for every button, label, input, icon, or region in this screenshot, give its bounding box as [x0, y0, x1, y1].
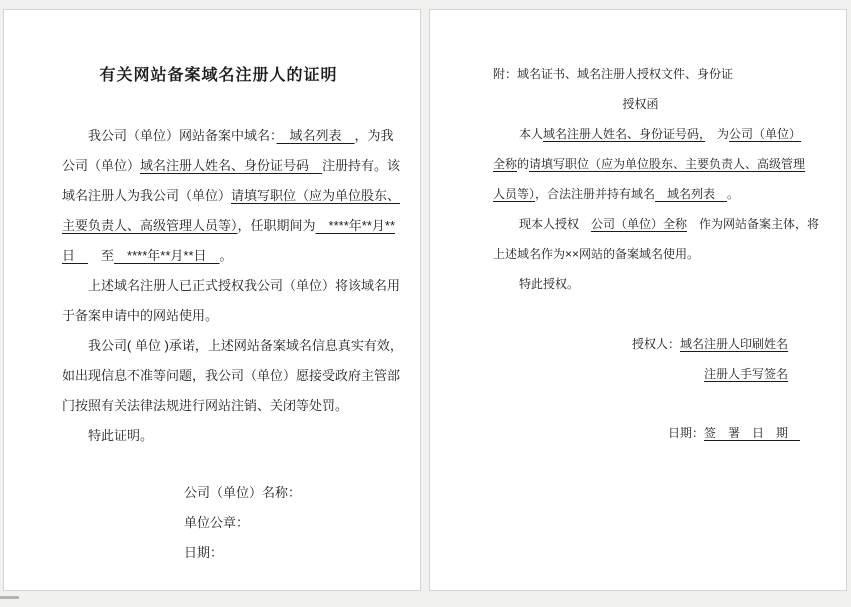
text-segment: 日期： [668, 426, 704, 440]
document-workspace: 有关网站备案域名注册人的证明我公司（单位）网站备案中域名： 域名列表 ，为我公司… [0, 0, 851, 607]
attachment-note: 附：域名证书、域名注册人授权文件、身份证 [493, 59, 788, 89]
text-segment: 上述域名注册人已正式授权我公司（单位）将该域名用 [88, 278, 400, 293]
text-segment: 公司（单位） [62, 158, 140, 173]
text-line: 于备案申请中的网站使用。 [62, 301, 375, 331]
fill-in-field: 人员等） [493, 187, 535, 201]
text-segment: 。 [727, 187, 739, 201]
text-segment: 域名注册人为我公司（单位） [62, 188, 231, 203]
authorization-page: 附：域名证书、域名注册人授权文件、身份证授权函本人域名注册人姓名、身份证号码， … [429, 9, 847, 591]
letter-title: 授权函 [493, 89, 788, 119]
text-line: 公司（单位）域名注册人姓名、身份证号码 注册持有。该 [62, 151, 375, 181]
text-segment: 附：域名证书、域名注册人授权文件、身份证 [493, 67, 733, 81]
text-segment: 注册持有。该 [322, 158, 400, 173]
text-segment: 。 [220, 248, 233, 263]
text-line: 主要负责人、高级管理人员等），任职期间为 ****年**月** [62, 211, 375, 241]
text-line: 我公司（单位）网站备案中域名： 域名列表 ，为我 [62, 121, 375, 151]
closing-statement: 特此授权。 [493, 269, 788, 299]
text-segment: 日期： [184, 545, 223, 560]
text-segment: 我公司（单位）网站备案中域名： [88, 128, 277, 143]
text-segment: 如出现信息不准等问题，我公司（单位）愿接受政府主管部 [62, 368, 400, 383]
text-segment: 本人 [519, 127, 543, 141]
text-line: 门按照有关法律法规进行网站注销、关闭等处罚。 [62, 391, 375, 421]
text-line: 我公司( 单位 )承诺，上述网站备案域名信息真实有效， [62, 331, 375, 361]
text-segment: 现本人授权 [519, 217, 591, 231]
certificate-page: 有关网站备案域名注册人的证明我公司（单位）网站备案中域名： 域名列表 ，为我公司… [3, 9, 421, 591]
fill-in-field: 签 署 日 期 [704, 426, 800, 440]
text-line: 日 至 ****年**月**日 。 [62, 241, 375, 271]
text-segment: 为 [705, 127, 729, 141]
fill-in-field: 主要负责人、高级管理人员等） [62, 218, 238, 233]
text-line: 全称的请填写职位（应为单位股东、主要负责人、高级管理 [493, 149, 788, 179]
text-segment: 单位公章： [184, 515, 249, 530]
fill-in-field: ****年**月** [316, 218, 395, 233]
text-segment: 至 [88, 248, 114, 263]
fill-in-field: 域名列表 [655, 187, 727, 201]
text-segment: 我公司( 单位 )承诺，上述网站备案域名信息真实有效， [88, 338, 403, 353]
text-line: 上述域名作为××网站的备案域名使用。 [493, 239, 788, 269]
text-segment: 于备案申请中的网站使用。 [62, 308, 218, 323]
text-segment: 的 [517, 157, 529, 171]
fill-in-field: 域名注册人印刷姓名 [680, 337, 788, 351]
text-segment: 授权人： [632, 337, 680, 351]
scrollbar-corner[interactable] [0, 596, 19, 599]
text-segment: 上述域名作为××网站的备案域名使用。 [493, 247, 699, 261]
fill-in-field: 公司（单位）全称 [591, 217, 687, 231]
text-segment: ，任职期间为 [238, 218, 316, 233]
text-segment: 特此证明。 [88, 428, 153, 443]
text-line: 域名注册人为我公司（单位）请填写职位（应为单位股东、 [62, 181, 375, 211]
fill-in-field: 注册人手写签名 [704, 367, 788, 381]
fill-in-field: 公司（单位） [729, 127, 801, 141]
text-segment: 授权函 [622, 97, 658, 111]
fill-in-field: 域名注册人姓名、身份证号码， [543, 127, 705, 141]
fill-in-field: 域名列表 [277, 128, 355, 143]
company-name-label: 公司（单位）名称： [184, 478, 375, 508]
company-seal-label: 单位公章： [184, 508, 375, 538]
text-segment: ，合法注册并持有域名 [535, 187, 655, 201]
text-line: 本人域名注册人姓名、身份证号码， 为公司（单位） [493, 119, 788, 149]
text-line: 上述域名注册人已正式授权我公司（单位）将该域名用 [62, 271, 375, 301]
closing-statement: 特此证明。 [62, 421, 375, 451]
fill-in-field: 日 [62, 248, 88, 263]
document-title: 有关网站备案域名注册人的证明 [62, 58, 375, 94]
text-segment: 门按照有关法律法规进行网站注销、关闭等处罚。 [62, 398, 348, 413]
text-segment: 特此授权。 [519, 277, 579, 291]
fill-in-field: 请填写职位（应为单位股东、主要负责人、高级管理 [529, 157, 805, 171]
fill-in-field: 请填写职位（应为单位股东、 [231, 188, 400, 203]
signature-line: 注册人手写签名 [493, 359, 788, 389]
fill-in-field: 域名注册人姓名、身份证号码 [140, 158, 322, 173]
text-line: 人员等），合法注册并持有域名 域名列表 。 [493, 179, 788, 209]
authorizer-line: 授权人：域名注册人印刷姓名 [493, 329, 788, 359]
text-segment: 公司（单位）名称： [184, 485, 301, 500]
text-segment: 有关网站备案域名注册人的证明 [99, 67, 337, 84]
fill-in-field: 全称 [493, 157, 517, 171]
text-line: 如出现信息不准等问题，我公司（单位）愿接受政府主管部 [62, 361, 375, 391]
sign-date-line: 日期：签 署 日 期 [493, 418, 788, 448]
text-line: 现本人授权 公司（单位）全称 作为网站备案主体，将 [493, 209, 788, 239]
fill-in-field: ****年**月**日 [114, 248, 219, 263]
text-segment: ，为我 [355, 128, 394, 143]
text-segment: 作为网站备案主体，将 [687, 217, 819, 231]
date-label: 日期： [184, 538, 375, 568]
